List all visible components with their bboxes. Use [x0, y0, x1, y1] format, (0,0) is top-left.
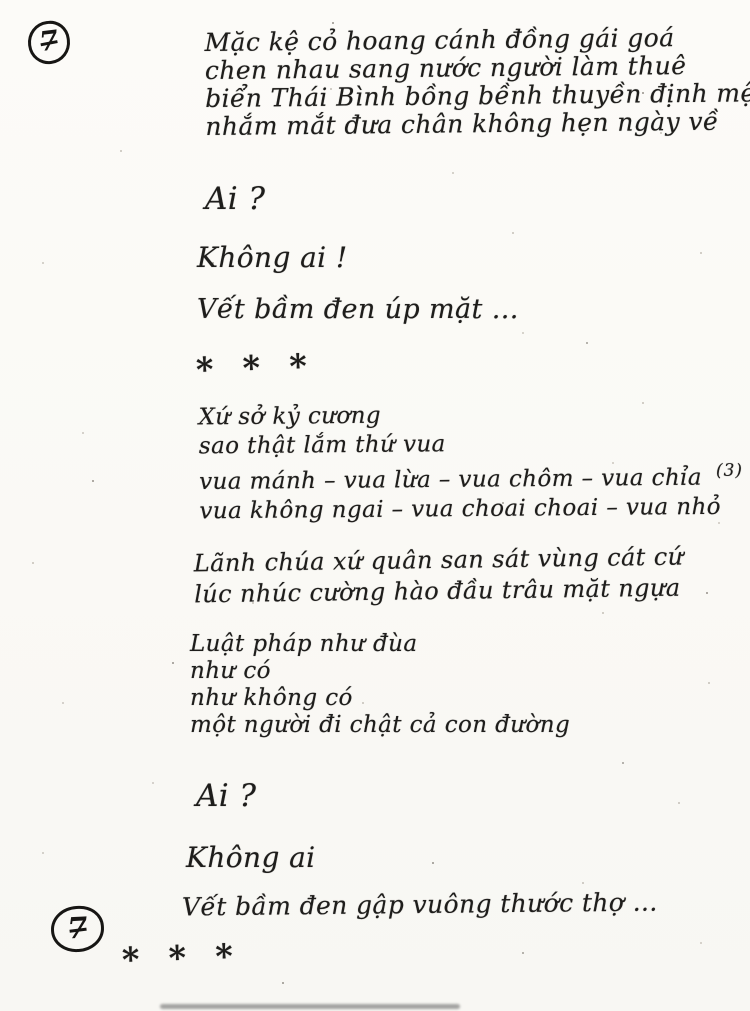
refrain-question: Ai ?: [205, 181, 265, 217]
stanza-line: Luật pháp như đùa: [190, 631, 570, 658]
refrain-line: Vết bầm đen gập vuông thước thợ ...: [182, 888, 658, 922]
refrain-question: Ai ?: [196, 778, 256, 814]
page-number-bottom: 7: [50, 905, 105, 954]
refrain-answer: Không ai: [186, 841, 316, 874]
stanza-line: sao thật lắm thứ vua: [199, 428, 743, 462]
refrain-answer: Không ai !: [197, 241, 347, 274]
page-number-top: 7: [26, 19, 73, 67]
stanza-law: Luật pháp như đùa như có như không có mộ…: [190, 631, 570, 739]
scan-edge-artifact: [160, 1004, 460, 1009]
stanza-line: như không có: [190, 685, 570, 712]
stanza-line: lúc nhúc cường hào đầu trâu mặt ngựa: [194, 573, 684, 611]
stanza-line-with-footnote: vua mánh – vua lừa – vua chôm – vua chỉa…: [199, 457, 743, 497]
asterisk-separator: * * *: [195, 346, 316, 389]
manuscript-page: 7 Mặc kệ cỏ hoang cánh đồng gái goá chen…: [0, 0, 750, 1011]
stanza-kings: Xứ sở kỷ cương sao thật lắm thứ vua vua …: [198, 399, 743, 526]
stanza-line: một người đi chật cả con đường: [190, 712, 570, 739]
stanza-line: vua không ngai – vua choai choai – vua n…: [199, 492, 743, 526]
paper-speckles-dark: [0, 0, 2, 2]
stanza-exile: Mặc kệ cỏ hoang cánh đồng gái goá chen n…: [204, 23, 750, 141]
stanza-line: vua mánh – vua lừa – vua chôm – vua chỉa: [199, 465, 702, 495]
stanza-line: như có: [190, 658, 570, 685]
asterisk-separator: * * *: [121, 936, 242, 979]
refrain-line: Vết bầm đen úp mặt ...: [197, 294, 519, 325]
stanza-lords: Lãnh chúa xứ quân san sát vùng cát cứ lú…: [194, 542, 685, 611]
stanza-line: nhắm mắt đưa chân không hẹn ngày về: [205, 107, 750, 141]
footnote-marker: (3): [716, 461, 743, 481]
stanza-line: Xứ sở kỷ cương: [198, 399, 742, 433]
